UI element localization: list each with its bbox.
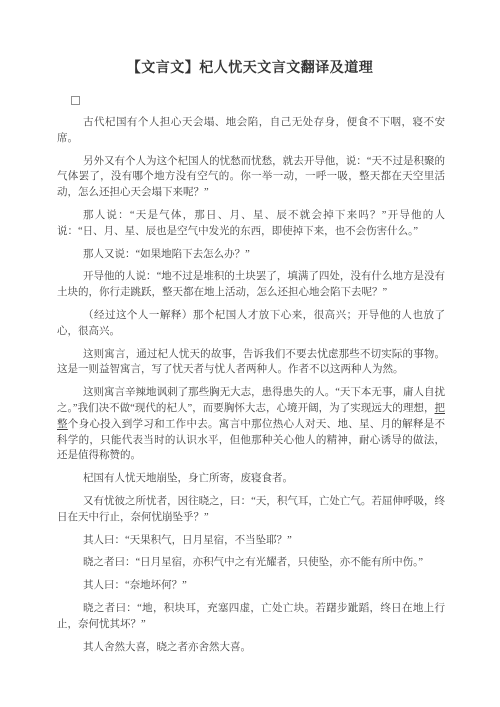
paragraph: 其人曰：“天果积气，日月星宿，不当坠耶？”: [57, 533, 445, 549]
paragraph-text: 又有忧彼之所忧者，因往晓之，曰：“天，积气耳，亡处亡气。若屈伸呼吸，终日在天中行…: [57, 496, 445, 523]
paragraph: 晓之者曰：“地，积块耳，充塞四虚，亡处亡块。若躇步跐蹈，终日在地上行止，奈何忧其…: [57, 601, 445, 633]
paragraph-text: 其人曰：“奈地坏何？”: [83, 580, 187, 591]
broken-image-placeholder-icon: [71, 96, 80, 105]
paragraph: 又有忧彼之所忧者，因往晓之，曰：“天，积气耳，亡处亡气。若屈伸呼吸，终日在天中行…: [57, 494, 445, 526]
paragraph: （经过这个人一解释）那个杞国人才放下心来，很高兴；开导他的人也放了心，很高兴。: [57, 308, 445, 340]
paragraph-list: 古代杞国有个人担心天会塌、地会陷，自己无处存身，便食不下咽，寝不安席。另外又有个…: [57, 115, 445, 655]
paragraph: 其人曰：“奈地坏何？”: [57, 578, 445, 594]
paragraph: 另外又有个人为这个杞国人的忧愁而忧愁，就去开导他，说：“天不过是积聚的气体罢了，…: [57, 154, 445, 201]
document-page: 【文言文】杞人忧天文言文翻译及道理 古代杞国有个人担心天会塌、地会陷，自己无处存…: [0, 0, 500, 707]
paragraph-text: 这则寓言辛辣地讽刺了那些胸无大志，患得患失的人。“天下本无事，庸人自扰之。”我们…: [57, 387, 445, 414]
paragraph-text: 杞国有人忧天地崩坠，身亡所寄，废寝食者。: [83, 473, 293, 484]
paragraph-text: 其人曰：“天果积气，日月星宿，不当坠耶？”: [83, 535, 292, 546]
paragraph: 杞国有人忧天地崩坠，身亡所寄，废寝食者。: [57, 471, 445, 487]
paragraph-text: 那人又说：“如果地陷下去怎么办？”: [83, 249, 250, 260]
paragraph-text: 古代杞国有个人担心天会塌、地会陷，自己无处存身，便食不下咽，寝不安席。: [57, 117, 445, 144]
paragraph-text: 个身心投入到学习和工作中去。寓言中那位热心人对天、地、星、月的解释是不科学的，只…: [57, 419, 445, 462]
paragraph: 那人说：“天是气体，那日、月、星、辰不就会掉下来吗？”开导他的人说：“日、月、星…: [57, 208, 445, 240]
paragraph: 其人舍然大喜，晓之者亦舍然大喜。: [57, 640, 445, 656]
paragraph-text: 晓之者曰：“地，积块耳，充塞四虚，亡处亡块。若躇步跐蹈，终日在地上行止，奈何忧其…: [57, 603, 445, 630]
paragraph-text: 那人说：“天是气体，那日、月、星、辰不就会掉下来吗？”开导他的人说：“日、月、星…: [57, 210, 445, 237]
paragraph: 古代杞国有个人担心天会塌、地会陷，自己无处存身，便食不下咽，寝不安席。: [57, 115, 445, 147]
document-body: 古代杞国有个人担心天会塌、地会陷，自己无处存身，便食不下咽，寝不安席。另外又有个…: [57, 96, 445, 655]
paragraph: 这则寓言，通过杞人忧天的故事，告诉我们不要去忧虑那些不切实际的事物。这是一则益智…: [57, 347, 445, 379]
paragraph: 晓之者曰：“日月星宿，亦积气中之有光耀者，只使坠，亦不能有所中伤。”: [57, 555, 445, 571]
paragraph-text: （经过这个人一解释）那个杞国人才放下心来，很高兴；开导他的人也放了心，很高兴。: [57, 310, 445, 337]
paragraph: 那人又说：“如果地陷下去怎么办？”: [57, 247, 445, 263]
paragraph-text: 另外又有个人为这个杞国人的忧愁而忧愁，就去开导他，说：“天不过是积聚的气体罢了，…: [57, 156, 445, 199]
paragraph: 这则寓言辛辣地讽刺了那些胸无大志，患得患失的人。“天下本无事，庸人自扰之。”我们…: [57, 385, 445, 464]
paragraph-text: 晓之者曰：“日月星宿，亦积气中之有光耀者，只使坠，亦不能有所中伤。”: [83, 557, 423, 568]
paragraph: 开导他的人说：“地不过是堆积的土块罢了，填满了四处，没有什么地方是没有土块的，你…: [57, 269, 445, 301]
paragraph-text: 开导他的人说：“地不过是堆积的土块罢了，填满了四处，没有什么地方是没有土块的，你…: [57, 271, 445, 298]
paragraph-text: 这则寓言，通过杞人忧天的故事，告诉我们不要去忧虑那些不切实际的事物。这是一则益智…: [57, 349, 445, 376]
paragraph-text: 其人舍然大喜，晓之者亦舍然大喜。: [83, 642, 251, 653]
page-title: 【文言文】杞人忧天文言文翻译及道理: [0, 0, 500, 77]
